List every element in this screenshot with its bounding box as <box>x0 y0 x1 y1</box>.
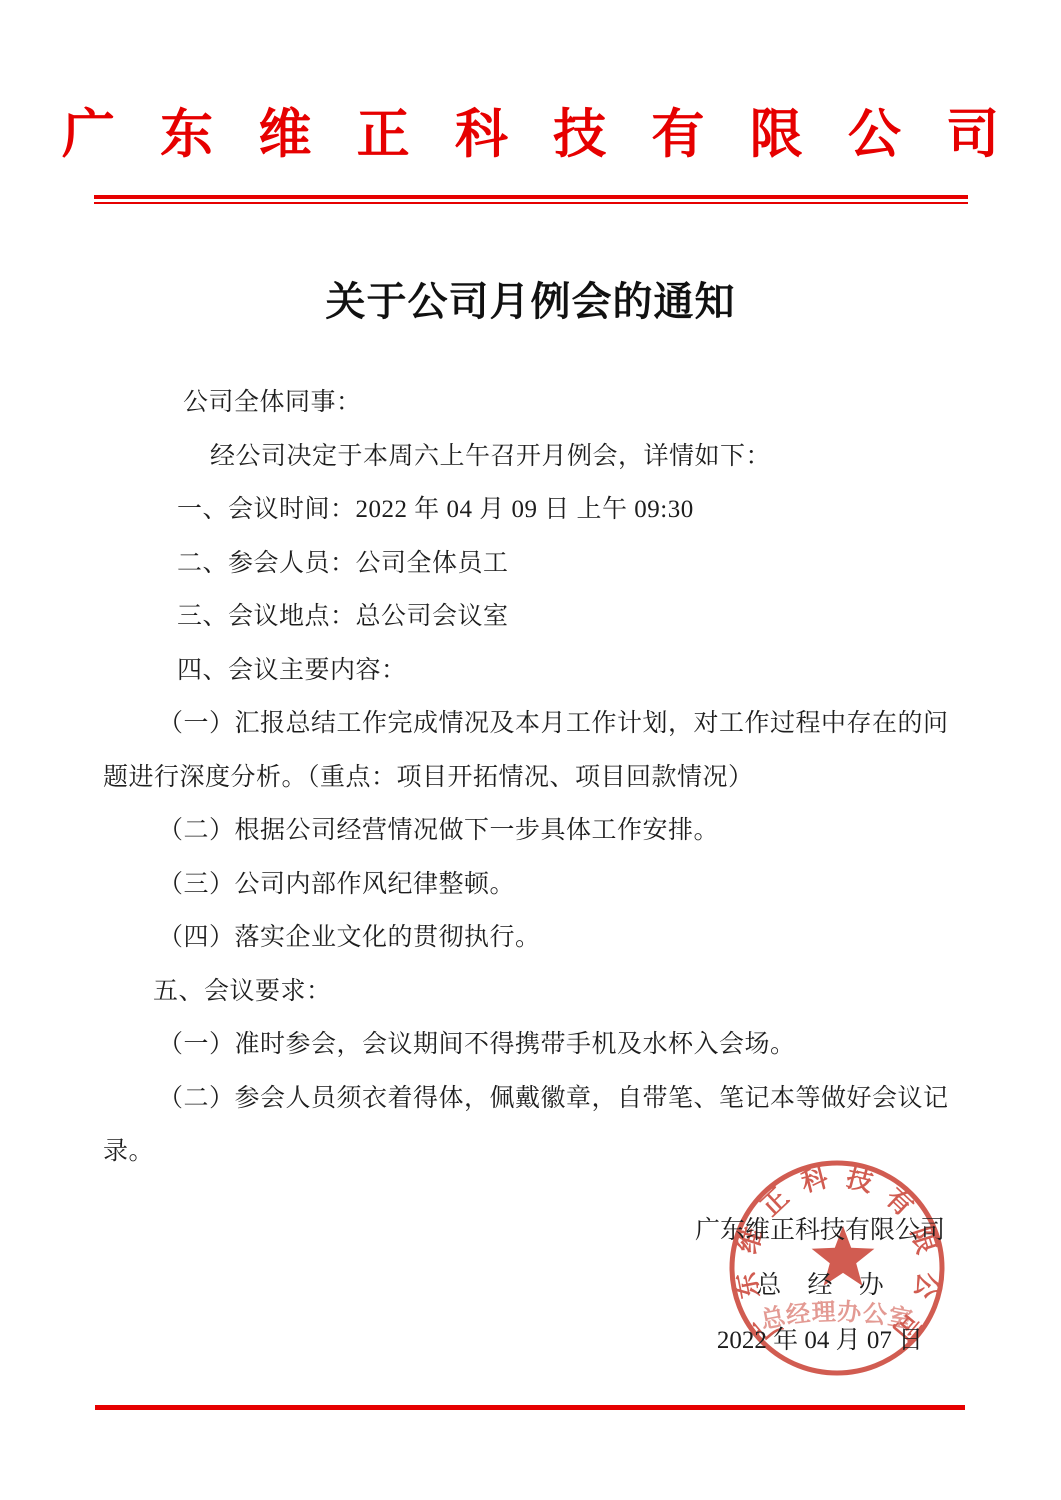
document-body: 公司全体同事：经公司决定于本周六上午召开月例会，详情如下：一、会议时间：2022… <box>103 376 983 1179</box>
document-page: 广 东 维 正 科 技 有 限 公 司 关于公司月例会的通知 公司全体同事：经公… <box>0 0 1061 1500</box>
letterhead-divider-thin <box>94 202 968 204</box>
body-line: （四）落实企业文化的贯彻执行。 <box>103 911 983 965</box>
body-line: 经公司决定于本周六上午召开月例会，详情如下： <box>103 430 983 484</box>
body-line: （一）汇报总结工作完成情况及本月工作计划，对工作过程中存在的问 <box>103 697 983 751</box>
seal-ring-char: 科 <box>798 1163 831 1198</box>
signature-department: 总 经 办 <box>665 1258 975 1313</box>
body-line: （二）根据公司经营情况做下一步具体工作安排。 <box>103 804 983 858</box>
body-line: 一、会议时间：2022 年 04 月 09 日 上午 09:30 <box>103 483 983 537</box>
body-line: 公司全体同事： <box>103 376 983 430</box>
seal-ring-char: 技 <box>843 1163 875 1198</box>
body-line: （一）准时参会，会议期间不得携带手机及水杯入会场。 <box>103 1018 983 1072</box>
body-line: 四、会议主要内容： <box>103 644 983 698</box>
letterhead-company-name: 广 东 维 正 科 技 有 限 公 司 <box>0 104 1061 166</box>
document-title: 关于公司月例会的通知 <box>0 277 1061 327</box>
body-line: （二）参会人员须衣着得体，佩戴徽章，自带笔、笔记本等做好会议记 <box>103 1072 983 1126</box>
body-line: 三、会议地点：总公司会议室 <box>103 590 983 644</box>
body-line: 五、会议要求： <box>103 965 983 1019</box>
body-line: 题进行深度分析。（重点：项目开拓情况、项目回款情况） <box>103 751 983 805</box>
body-line: （三）公司内部作风纪律整顿。 <box>103 858 983 912</box>
footer-divider <box>95 1405 965 1410</box>
signature-company: 广东维正科技有限公司 <box>665 1203 975 1258</box>
letterhead-divider-thick <box>94 195 968 199</box>
body-line: 二、参会人员：公司全体员工 <box>103 537 983 591</box>
signature-date: 2022 年 04 月 07 日 <box>665 1313 975 1368</box>
signature-block: 广东维正科技有限公司 总 经 办 2022 年 04 月 07 日 <box>665 1203 975 1368</box>
